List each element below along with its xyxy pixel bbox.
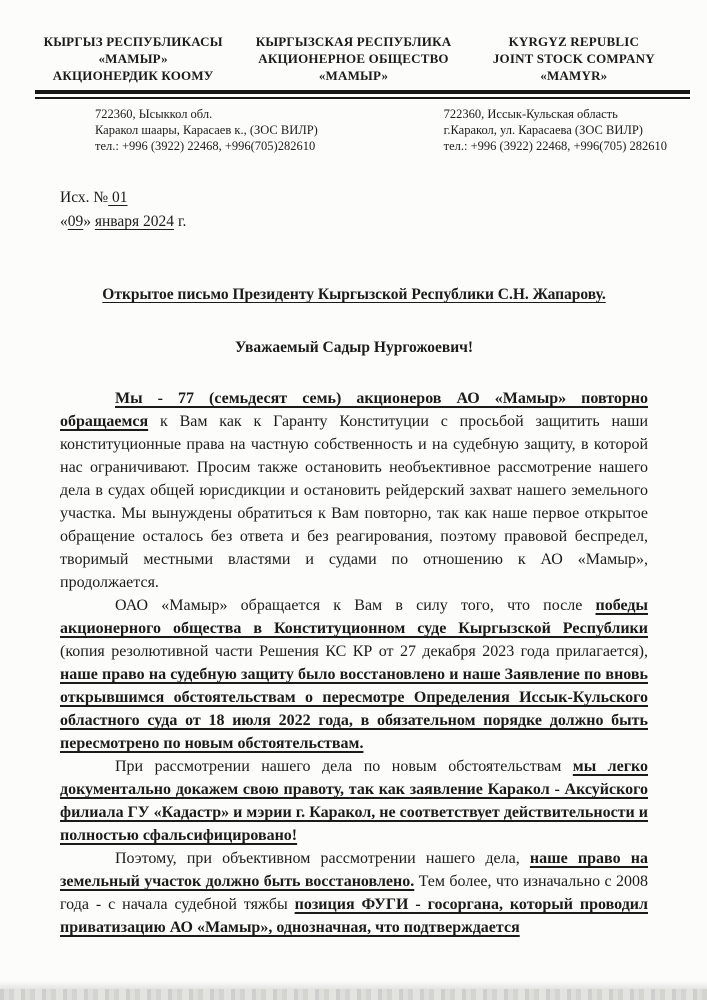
date-suffix: г. (174, 213, 186, 230)
letter-paragraph: Поэтому, при объективном рассмотрении на… (60, 847, 648, 939)
date-month-year: января 2024 (95, 213, 174, 230)
reference-block: Исх. № 01 «09» января 2024 г. (60, 186, 707, 234)
letterhead-line: «МАМЫР» (30, 50, 236, 67)
date-close-quote: » (83, 213, 95, 230)
outgoing-number-line: Исх. № 01 (60, 186, 707, 210)
letterhead-line: «МАМЫР» (250, 67, 456, 84)
text-run: Поэтому, при объективном рассмотрении на… (115, 850, 530, 867)
contact-block: 722360, Ысыккол обл. Каракол шаары, Кара… (95, 106, 667, 154)
letterhead-russian-column: КЫРГЫЗСКАЯ РЕСПУБЛИКА АКЦИОНЕРНОЕ ОБЩЕСТ… (250, 33, 456, 84)
phone-line: тел.: +996 (3922) 22468, +996(705) 28261… (444, 138, 667, 154)
letterhead-line: КЫРГЫЗСКАЯ РЕСПУБЛИКА (250, 33, 456, 50)
letterhead-kyrgyz-column: КЫРГЫЗ РЕСПУБЛИКАСЫ «МАМЫР» АКЦИОНЕРДИК … (30, 33, 236, 84)
address-line: 722360, Ысыккол обл. (95, 106, 318, 122)
letter-paragraph: ОАО «Мамыр» обращается к Вам в силу того… (60, 594, 648, 755)
contact-address-kyrgyz: 722360, Ысыккол обл. Каракол шаары, Кара… (95, 106, 318, 154)
outgoing-label: Исх. № (60, 189, 108, 206)
phone-line: тел.: +996 (3922) 22468, +996(705)282610 (95, 138, 318, 154)
letter-paragraph: Мы - 77 (семьдесят семь) акционеров АО «… (60, 387, 648, 594)
contact-address-russian: 722360, Иссык-Кульская область г.Каракол… (444, 106, 667, 154)
letterhead-line: АКЦИОНЕРДИК КООМУ (30, 67, 236, 84)
emphasized-text-run: наше право на судебную защиту было восст… (60, 666, 648, 752)
letterhead-line: KYRGYZ REPUBLIC (471, 33, 677, 50)
text-run: (копия резолютивной части Решения КС КР … (60, 643, 648, 660)
text-run: При рассмотрении нашего дела по новым об… (115, 758, 573, 775)
letterhead-line: JOINT STOCK COMPANY (471, 50, 677, 67)
letterhead: КЫРГЫЗ РЕСПУБЛИКАСЫ «МАМЫР» АКЦИОНЕРДИК … (0, 0, 707, 84)
text-run: ОАО «Мамыр» обращается к Вам в силу того… (115, 597, 596, 614)
salutation: Уважаемый Садыр Нургожоевич! (60, 337, 648, 359)
letterhead-line: КЫРГЫЗ РЕСПУБЛИКАСЫ (30, 33, 236, 50)
date-day: 09 (68, 213, 84, 230)
scan-artifact-bottom-edge (0, 989, 707, 1000)
address-line: г.Каракол, ул. Карасаева (ЗОС ВИЛР) (444, 122, 667, 138)
letterhead-divider-rule (35, 90, 690, 99)
letterhead-line: АКЦИОНЕРНОЕ ОБЩЕСТВО (250, 50, 456, 67)
date-line: «09» января 2024 г. (60, 210, 707, 234)
outgoing-number: 01 (108, 189, 127, 206)
letter-body: Мы - 77 (семьдесят семь) акционеров АО «… (60, 387, 648, 939)
letterhead-line: «MAMYR» (471, 67, 677, 84)
letter-paragraph: При рассмотрении нашего дела по новым об… (60, 755, 648, 847)
letterhead-english-column: KYRGYZ REPUBLIC JOINT STOCK COMPANY «MAM… (471, 33, 677, 84)
scan-artifact-shadow (0, 981, 707, 989)
address-line: Каракол шаары, Карасаев к., (ЗОС ВИЛР) (95, 122, 318, 138)
date-open-quote: « (60, 213, 68, 230)
scanned-letter-page: КЫРГЫЗ РЕСПУБЛИКАСЫ «МАМЫР» АКЦИОНЕРДИК … (0, 0, 707, 1000)
letter-title: Открытое письмо Президенту Кыргызской Ре… (60, 284, 648, 306)
text-run: к Вам как к Гаранту Конституции с просьб… (60, 413, 648, 591)
address-line: 722360, Иссык-Кульская область (444, 106, 667, 122)
